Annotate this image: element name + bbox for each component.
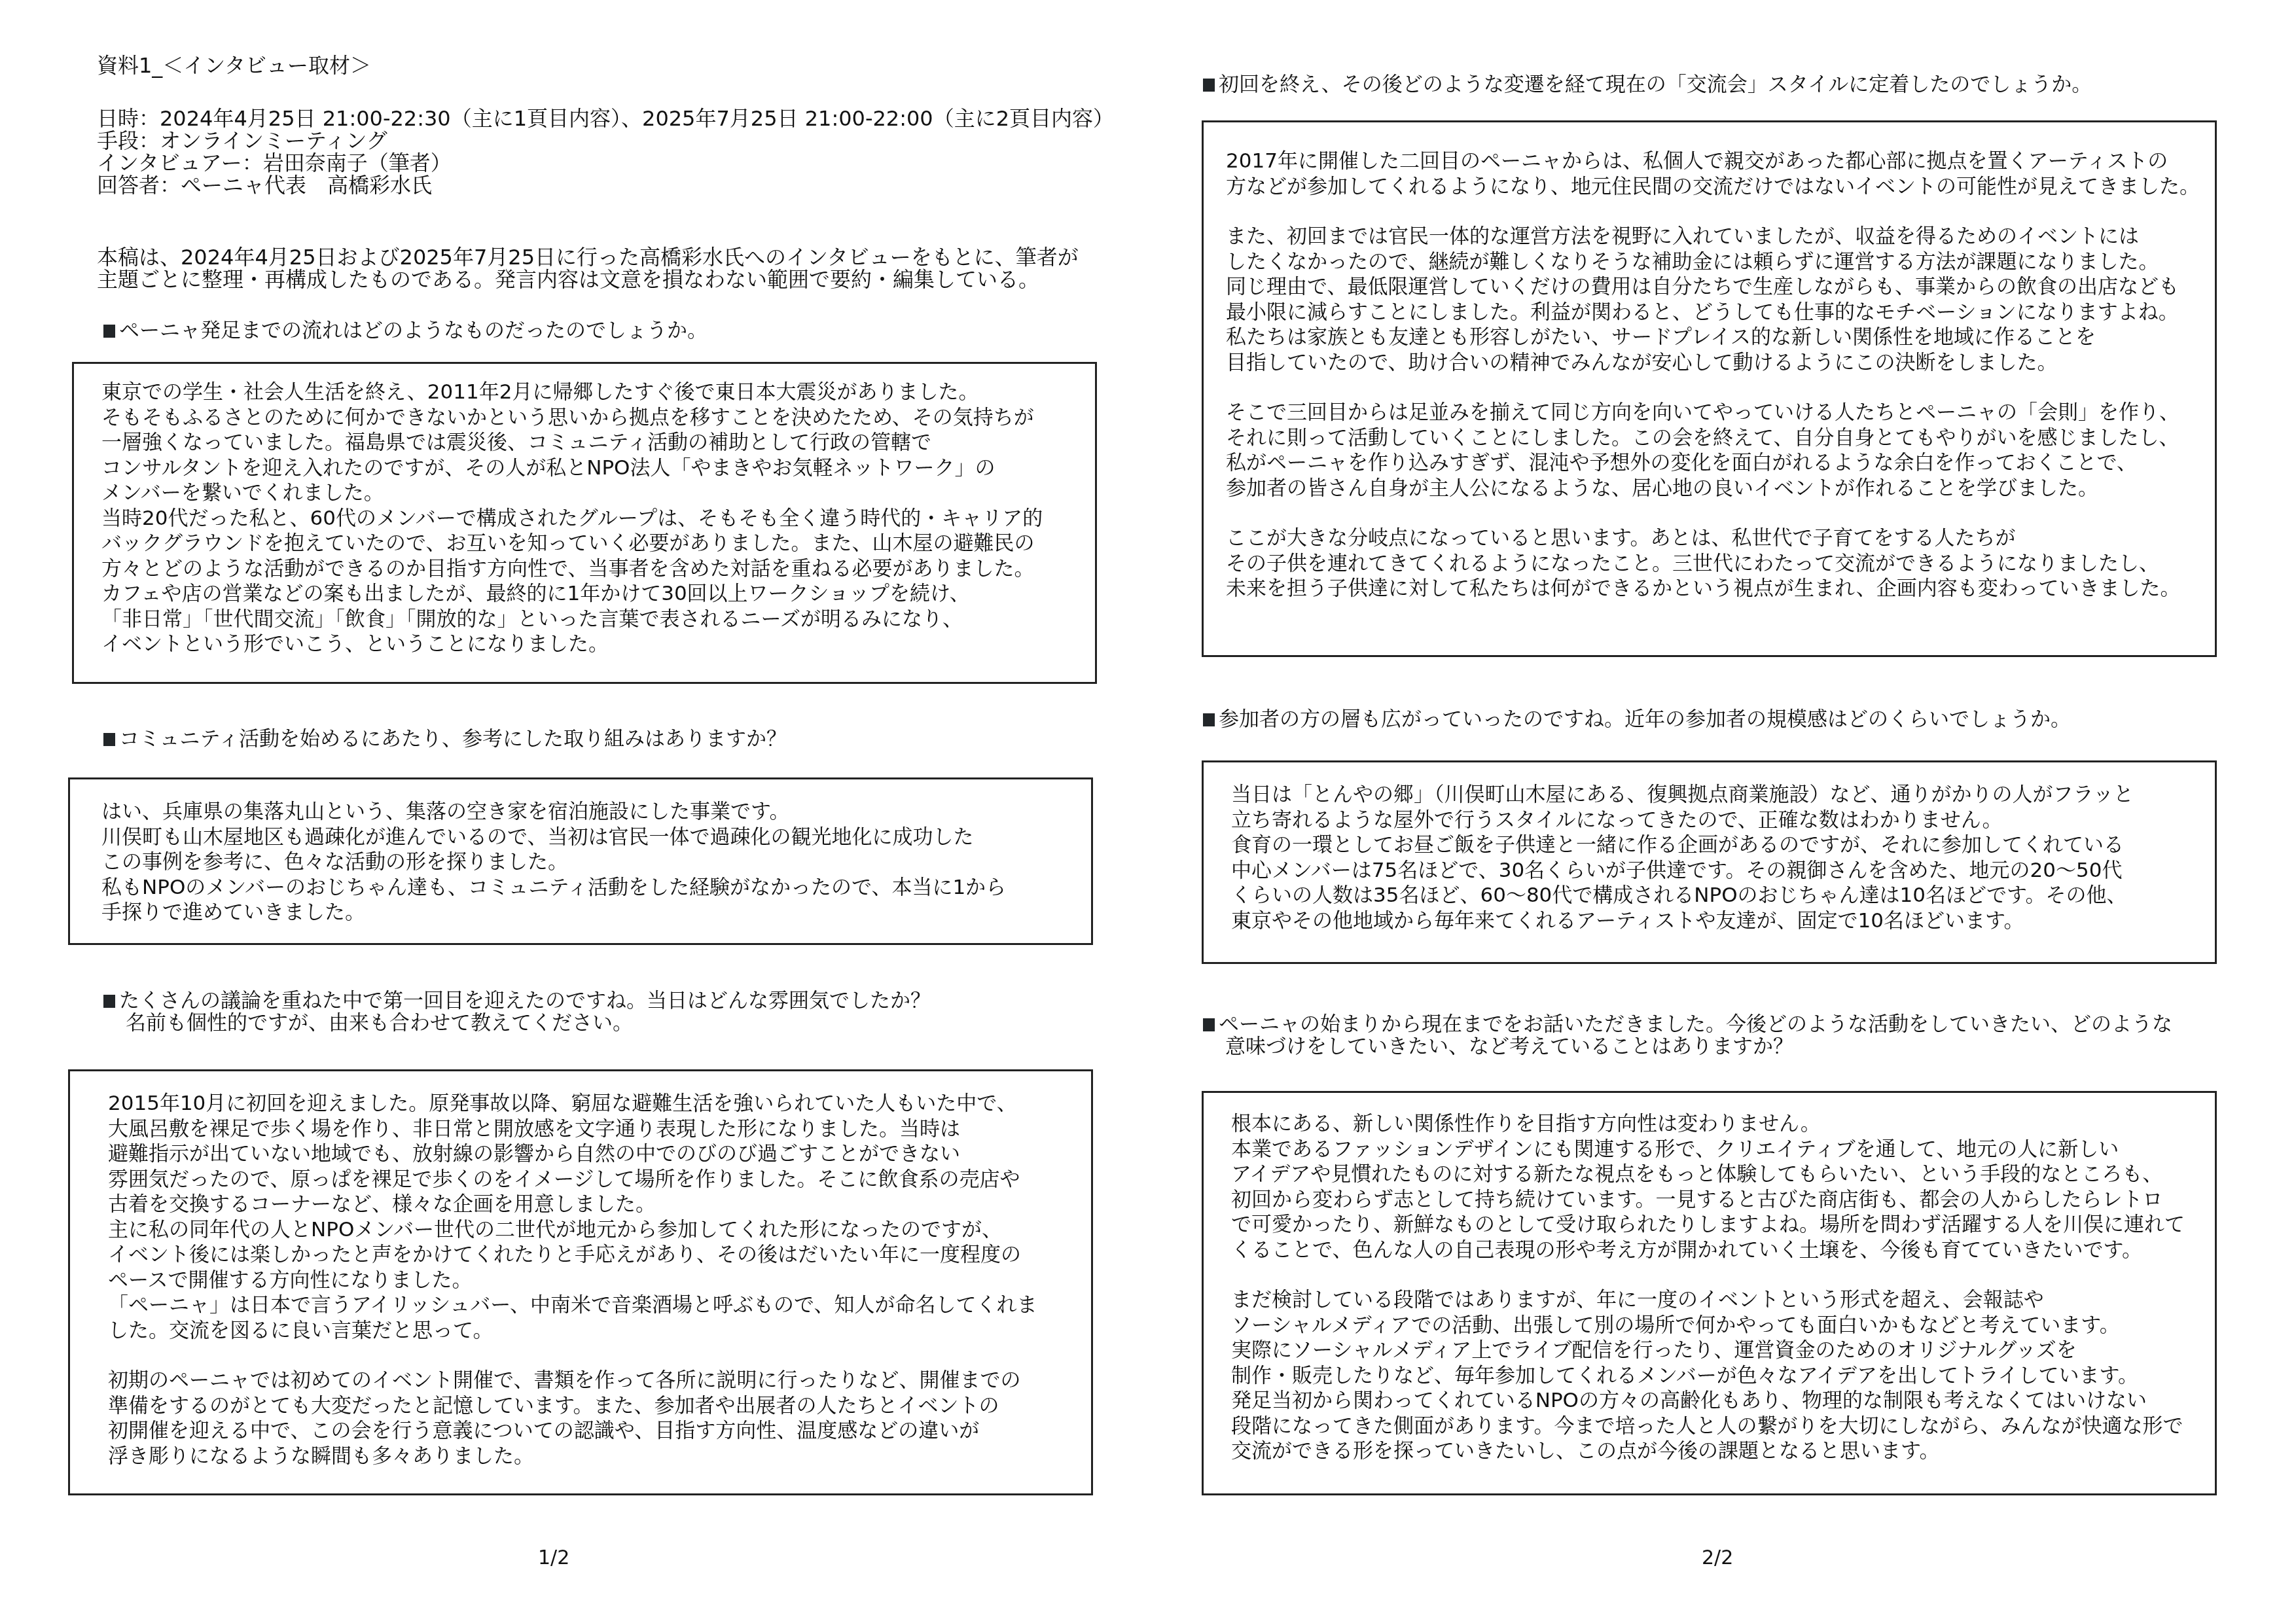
answer-line: イベントという形でいこう、ということになりました。 — [101, 632, 1095, 657]
answer-line: で可愛かったり、新鮮なものとして受け取られたりしますよね。場所を問わず活躍する人… — [1231, 1212, 2215, 1238]
question-heading: コミュニティ活動を始めるにあたり、参考にした取り組みはありますか？ — [103, 728, 787, 750]
answer-line: 私たちは家族とも友達とも形容しがたい、サードプレイス的な新しい関係性を地域に作る… — [1226, 325, 2215, 350]
answer-line: 避難指示が出ていない地域でも、放射線の影響から自然の中でのびのび過ごすことができ… — [108, 1141, 1091, 1167]
answer-paragraph: そこで三回目からは足並みを揃えて同じ方向を向いてやっていける人たちとペーニャの「… — [1226, 400, 2215, 501]
square-bullet-icon — [103, 325, 115, 338]
answer-paragraph: 根本にある、新しい関係性作りを目指す方向性は変わりません。 本業であるファッショ… — [1231, 1111, 2215, 1262]
answer-line: 立ち寄れるような屋外で行うスタイルになってきたので、正確な数はわかりません。 — [1231, 808, 2215, 833]
answer-line: はい、兵庫県の集落丸山という、集落の空き家を宿泊施設にした事業です。 — [101, 799, 1091, 825]
answer-box: はい、兵庫県の集落丸山という、集落の空き家を宿泊施設にした事業です。 川俣町も山… — [68, 777, 1093, 945]
answer-line: 雰囲気だったので、原っぱを裸足で歩くのをイメージして場所を作りました。そこに飲食… — [108, 1167, 1091, 1192]
answer-line: 「非日常」「世代間交流」「飲食」「開放的な」といった言葉で表されるニーズが明るみ… — [101, 607, 1095, 632]
answer-line: 川俣町も山木屋地区も過疎化が進んでいるので、当初は官民一体で過疎化の観光地化に成… — [101, 825, 1091, 850]
answer-paragraph: 東京での学生・社会人生活を終え、2011年2月に帰郷したすぐ後で東日本大震災があ… — [101, 380, 1095, 657]
interview-meta: 日時：2024年4月25日 21:00-22:30（主に1頁目内容）、2025年… — [97, 107, 1114, 196]
answer-box: 根本にある、新しい関係性作りを目指す方向性は変わりません。 本業であるファッショ… — [1202, 1091, 2217, 1495]
answer-line: 目指していたので、助け合いの精神でみんなが安心して動けるようにこの決断をしました… — [1226, 350, 2215, 376]
answer-line: ソーシャルメディアでの活動、出張して別の場所で何かやっても面白いかもなどと考えて… — [1231, 1313, 2215, 1338]
answer-line: 「ペーニャ」は日本で言うアイリッシュバー、中南米で音楽酒場と呼ぶもので、知人が命… — [108, 1293, 1091, 1318]
answer-paragraph: 当日は「とんやの郷」（川俣町山木屋にある、復興拠点商業施設）など、通りがかりの人… — [1231, 782, 2215, 933]
answer-line: 私もNPOのメンバーのおじちゃん達も、コミュニティ活動をした経験がなかったので、… — [101, 875, 1091, 901]
question-heading: 初回を終え、その後どのような変遷を経て現在の「交流会」スタイルに定着したのでしょ… — [1203, 73, 2092, 96]
square-bullet-icon — [1203, 79, 1215, 92]
answer-paragraph: 2015年10月に初回を迎えました。原発事故以降、窮屈な避難生活を強いられていた… — [108, 1091, 1091, 1343]
answer-line: 方々とどのような活動ができるのか目指す方向性で、当事者を含めた対話を重ねる必要が… — [101, 556, 1095, 582]
answer-line: 2015年10月に初回を迎えました。原発事故以降、窮屈な避難生活を強いられていた… — [108, 1091, 1091, 1116]
answer-line: 東京での学生・社会人生活を終え、2011年2月に帰郷したすぐ後で東日本大震災があ… — [101, 380, 1095, 405]
answer-line: 実際にソーシャルメディア上でライブ配信を行ったり、運営資金のためのオリジナルグッ… — [1231, 1338, 2215, 1363]
answer-line: 一層強くなっていました。福島県では震災後、コミュニティ活動の補助として行政の管轄… — [101, 430, 1095, 455]
answer-line: 方などが参加してくれるようになり、地元住民間の交流だけではないイベントの可能性が… — [1226, 174, 2215, 200]
square-bullet-icon — [103, 733, 115, 746]
square-bullet-icon — [1203, 713, 1215, 726]
meta-interviewer: インタビュアー：岩田奈南子（筆者） — [97, 152, 1114, 174]
answer-line: そこで三回目からは足並みを揃えて同じ方向を向いてやっていける人たちとペーニャの「… — [1226, 400, 2215, 425]
question-heading: 参加者の方の層も広がっていったのですね。近年の参加者の規模感はどのくらいでしょう… — [1203, 708, 2071, 730]
question-text: 初回を終え、その後どのような変遷を経て現在の「交流会」スタイルに定着したのでしょ… — [1219, 73, 2092, 96]
answer-paragraph: ここが大きな分岐点になっていると思います。あとは、私世代で子育てをする人たちが … — [1226, 526, 2215, 601]
answer-line: 参加者の皆さん自身が主人公になるような、居心地の良いイベントが作れることを学びま… — [1226, 476, 2215, 501]
answer-paragraph: 2017年に開催した二回目のペーニャからは、私個人で親交があった都心部に拠点を置… — [1226, 149, 2215, 199]
answer-line: 初回から変わらず志として持ち続けています。一見すると古びた商店街も、都会の人から… — [1231, 1187, 2215, 1213]
intro-line: 主題ごとに整理・再構成したものである。発言内容は文意を損なわない範囲で要約・編集… — [97, 268, 1079, 291]
square-bullet-icon — [1203, 1018, 1215, 1031]
document-title: 資料1_＜インタビュー取材＞ — [97, 52, 371, 79]
answer-line: そもそもふるさとのために何かできないかという思いから拠点を移すことを決めたため、… — [101, 405, 1095, 431]
answer-line: 未来を担う子供達に対して私たちは何ができるかという視点が生まれ、企画内容も変わっ… — [1226, 576, 2215, 601]
answer-box: 当日は「とんやの郷」（川俣町山木屋にある、復興拠点商業施設）など、通りがかりの人… — [1202, 760, 2217, 964]
answer-line: 制作・販売したりなど、毎年参加してくれるメンバーが色々なアイデアを出してトライし… — [1231, 1363, 2215, 1389]
answer-line: した。交流を図るに良い言葉だと思って。 — [108, 1318, 1091, 1344]
answer-line: くることで、色んな人の自己表現の形や考え方が開かれていく土壌を、今後も育てていき… — [1231, 1238, 2215, 1263]
answer-line: したくなかったので、継続が難しくなりそうな補助金には頼らずに運営する方法が課題に… — [1226, 249, 2215, 275]
answer-line: 大風呂敷を裸足で歩く場を作り、非日常と開放感を文字通り表現した形になりました。当… — [108, 1116, 1091, 1142]
meta-respondent: 回答者：ペーニャ代表 高橋彩水氏 — [97, 174, 1114, 196]
answer-line: 私がペーニャを作り込みすぎず、混沌や予想外の変化を面白がれるような余白を作ってお… — [1226, 450, 2215, 476]
intro-paragraph: 本稿は、2024年4月25日および2025年7月25日に行った高橋彩水氏へのイン… — [97, 246, 1079, 291]
answer-line: 発足当初から関わってくれているNPOの方々の高齢化もあり、物理的な制限も考えなく… — [1231, 1388, 2215, 1414]
page-number: 2/2 — [1702, 1547, 1733, 1569]
answer-line: 当時20代だった私と、60代のメンバーで構成されたグループは、そもそも全く違う時… — [101, 506, 1095, 531]
question-text: 参加者の方の層も広がっていったのですね。近年の参加者の規模感はどのくらいでしょう… — [1219, 707, 2071, 731]
answer-line: くらいの人数は35名ほど、60～80代で構成されるNPOのおじちゃん達は10名ほ… — [1231, 883, 2215, 908]
answer-line: 主に私の同年代の人とNPOメンバー世代の二世代が地元から参加してくれた形になった… — [108, 1217, 1091, 1243]
answer-line: 2017年に開催した二回目のペーニャからは、私個人で親交があった都心部に拠点を置… — [1226, 149, 2215, 174]
answer-line: ここが大きな分岐点になっていると思います。あとは、私世代で子育てをする人たちが — [1226, 526, 2215, 551]
answer-line: 浮き彫りになるような瞬間も多々ありました。 — [108, 1444, 1091, 1469]
answer-box: 2015年10月に初回を迎えました。原発事故以降、窮屈な避難生活を強いられていた… — [68, 1069, 1093, 1495]
question-text: たくさんの議論を重ねた中で第一回目を迎えたのですね。当日はどんな雰囲気でしたか？ — [119, 989, 931, 1012]
answer-line: 準備をするのがとても大変だったと記憶しています。また、参加者や出展者の人たちとイ… — [108, 1393, 1091, 1419]
answer-line: 最小限に減らすことにしました。利益が関わると、どうしても仕事的なモチベーションに… — [1226, 300, 2215, 325]
answer-line: 手探りで進めていきました。 — [101, 900, 1091, 925]
question-text: 名前も個性的ですが、由来も合わせて教えてください。 — [103, 1012, 931, 1034]
question-text: コミュニティ活動を始めるにあたり、参考にした取り組みはありますか？ — [119, 727, 787, 751]
answer-line: それに則って活動していくことにしました。この会を終えて、自分自身とてもやりがいを… — [1226, 425, 2215, 451]
answer-line: コンサルタントを迎え入れたのですが、その人が私とNPO法人「やまきやお気軽ネット… — [101, 455, 1095, 481]
answer-line: 段階になってきた側面があります。今まで培った人と人の繋がりを大切にしながら、みん… — [1231, 1414, 2215, 1439]
answer-line: 東京やその他地域から毎年来てくれるアーティストや友達が、固定で10名ほどいます。 — [1231, 908, 2215, 934]
question-text: ペーニャ発足までの流れはどのようなものだったのでしょうか。 — [119, 319, 708, 342]
answer-line: 古着を交換するコーナーなど、様々な企画を用意しました。 — [108, 1192, 1091, 1217]
answer-line: 中心メンバーは75名ほどで、30名くらいが子供達です。その親御さんを含めた、地元… — [1231, 858, 2215, 883]
answer-line: 食育の一環としてお昼ご飯を子供達と一緒に作る企画があるのですが、それに参加してく… — [1231, 832, 2215, 858]
answer-line: カフェや店の営業などの案も出ましたが、最終的に1年かけて30回以上ワークショップ… — [101, 581, 1095, 607]
answer-line: ペースで開催する方向性になりました。 — [108, 1268, 1091, 1293]
answer-line: 根本にある、新しい関係性作りを目指す方向性は変わりません。 — [1231, 1111, 2215, 1137]
answer-paragraph: はい、兵庫県の集落丸山という、集落の空き家を宿泊施設にした事業です。 川俣町も山… — [101, 799, 1091, 925]
meta-date: 日時：2024年4月25日 21:00-22:30（主に1頁目内容）、2025年… — [97, 107, 1114, 130]
square-bullet-icon — [103, 995, 115, 1008]
answer-box: 東京での学生・社会人生活を終え、2011年2月に帰郷したすぐ後で東日本大震災があ… — [72, 362, 1097, 684]
question-text: 意味づけをしていきたい、など考えていることはありますか？ — [1203, 1035, 2172, 1058]
answer-paragraph: まだ検討している段階ではありますが、年に一度のイベントという形式を超え、会報誌や… — [1231, 1287, 2215, 1464]
answer-line: アイデアや見慣れたものに対する新たな視点をもっと体験してもらいたい、という手段的… — [1231, 1162, 2215, 1187]
question-heading: たくさんの議論を重ねた中で第一回目を迎えたのですね。当日はどんな雰囲気でしたか？… — [103, 990, 931, 1034]
answer-line: その子供を連れてきてくれるようになったこと。三世代にわたって交流ができるようにな… — [1226, 551, 2215, 577]
answer-line: メンバーを繋いでくれました。 — [101, 480, 1095, 506]
question-text: ペーニャの始まりから現在までをお話いただきました。今後どのような活動をしていきた… — [1219, 1012, 2172, 1036]
answer-line: 交流ができる形を探っていきたいし、この点が今後の課題となると思います。 — [1231, 1438, 2215, 1464]
answer-box: 2017年に開催した二回目のペーニャからは、私個人で親交があった都心部に拠点を置… — [1202, 120, 2217, 657]
answer-line: また、初回までは官民一体的な運営方法を視野に入れていましたが、収益を得るためのイ… — [1226, 224, 2215, 249]
answer-paragraph: また、初回までは官民一体的な運営方法を視野に入れていましたが、収益を得るためのイ… — [1226, 224, 2215, 375]
answer-line: 初期のペーニャでは初めてのイベント開催で、書類を作って各所に説明に行ったりなど、… — [108, 1368, 1091, 1393]
intro-line: 本稿は、2024年4月25日および2025年7月25日に行った高橋彩水氏へのイン… — [97, 246, 1079, 268]
answer-paragraph: 初期のペーニャでは初めてのイベント開催で、書類を作って各所に説明に行ったりなど、… — [108, 1368, 1091, 1469]
answer-line: 初開催を迎える中で、この会を行う意義についての認識や、目指す方向性、温度感などの… — [108, 1418, 1091, 1444]
meta-method: 手段：オンラインミーティング — [97, 130, 1114, 152]
page-number: 1/2 — [538, 1547, 569, 1569]
question-heading: ペーニャ発足までの流れはどのようなものだったのでしょうか。 — [103, 319, 708, 342]
answer-line: 当日は「とんやの郷」（川俣町山木屋にある、復興拠点商業施設）など、通りがかりの人… — [1231, 782, 2215, 808]
answer-line: この事例を参考に、色々な活動の形を探りました。 — [101, 849, 1091, 875]
question-heading: ペーニャの始まりから現在までをお話いただきました。今後どのような活動をしていきた… — [1203, 1013, 2172, 1058]
answer-line: 本業であるファッションデザインにも関連する形で、クリエイティブを通して、地元の人… — [1231, 1137, 2215, 1162]
answer-line: イベント後には楽しかったと声をかけてくれたりと手応えがあり、その後はだいたい年に… — [108, 1242, 1091, 1268]
answer-line: 同じ理由で、最低限運営していくだけの費用は自分たちで生産しながらも、事業からの飲… — [1226, 274, 2215, 300]
answer-line: まだ検討している段階ではありますが、年に一度のイベントという形式を超え、会報誌や — [1231, 1287, 2215, 1313]
answer-line: バックグラウンドを抱えていたので、お互いを知っていく必要がありました。また、山木… — [101, 531, 1095, 556]
